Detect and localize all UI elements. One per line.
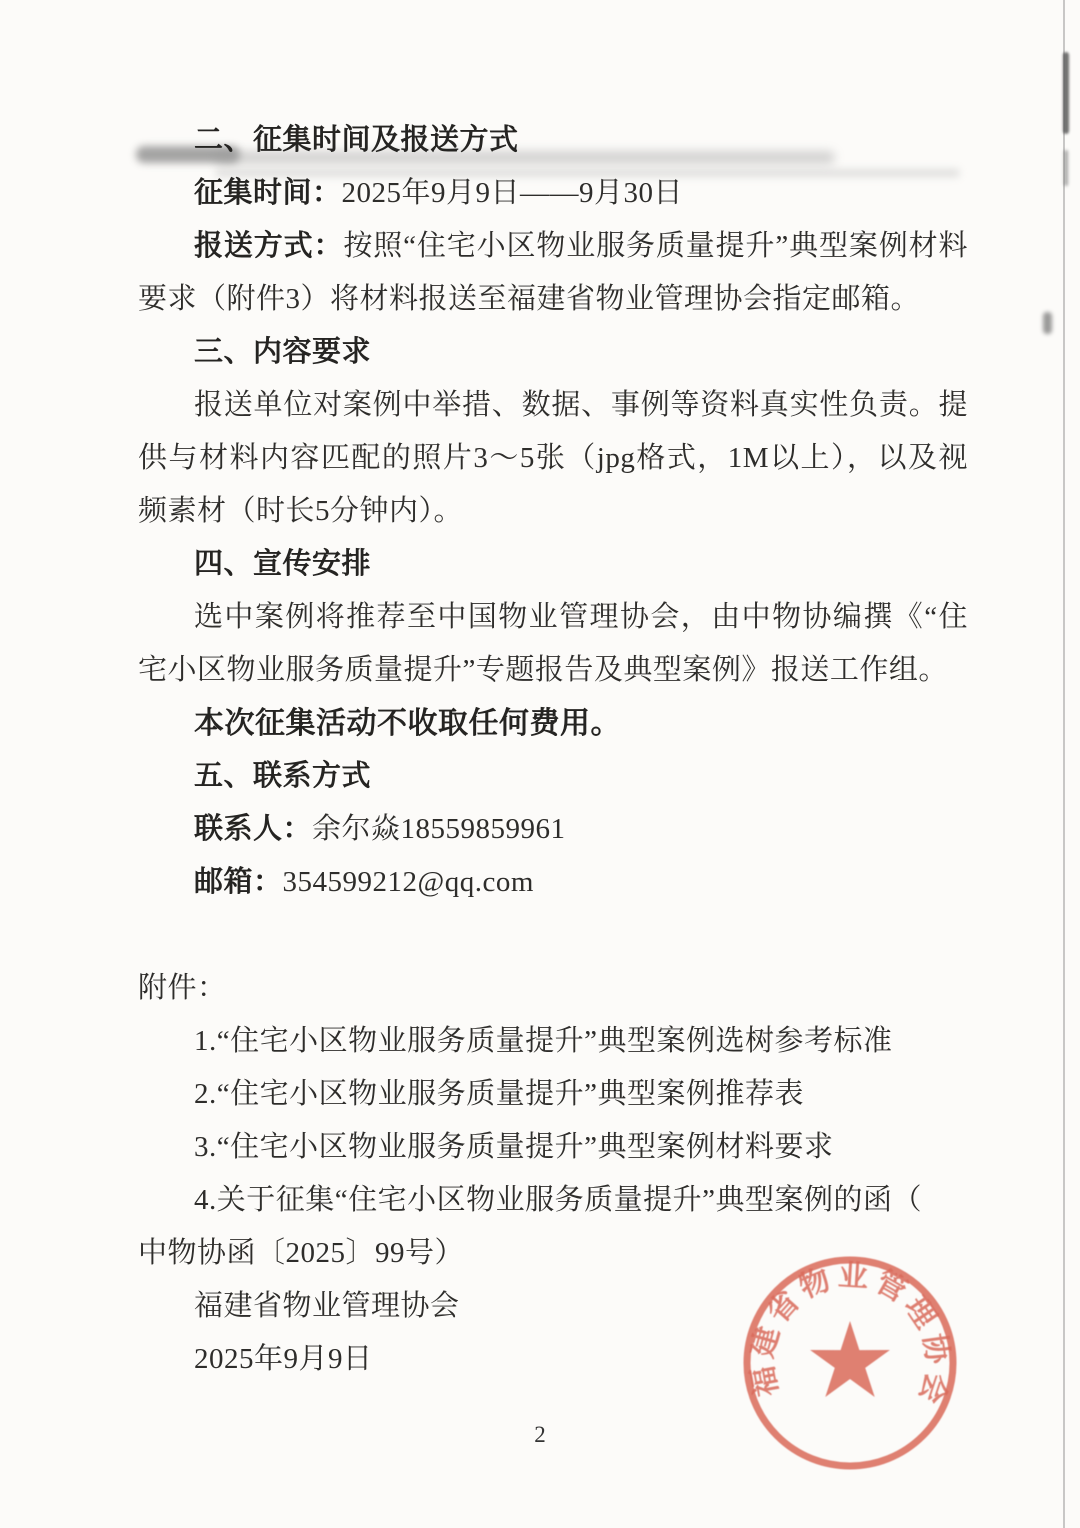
attachments-label: 附件： <box>138 962 968 1015</box>
paragraph-no-fee-notice: 本次征集活动不收取任何费用。 <box>138 697 968 750</box>
paragraph-email: 邮箱：354599212@qq.com <box>138 856 968 909</box>
scan-edge-mark <box>1043 312 1052 334</box>
section-heading-content-requirements: 三、内容要求 <box>138 326 968 379</box>
scan-edge-line <box>1063 0 1065 1528</box>
seal-star-icon <box>810 1321 890 1397</box>
collection-time-value: 2025年9月9日——9月30日 <box>342 177 684 209</box>
collection-time-label: 征集时间： <box>194 177 342 209</box>
email-label: 邮箱： <box>194 866 283 898</box>
attachment-item-2: 2.“住宅小区物业服务质量提升”典型案例推荐表 <box>138 1068 968 1121</box>
scan-edge-mark <box>1063 52 1069 134</box>
paragraph-content-requirements: 报送单位对案例中举措、数据、事例等资料真实性负责。提供与材料内容匹配的照片3～5… <box>138 379 968 538</box>
scan-edge-mark <box>1064 150 1068 186</box>
email-value: 354599212@qq.com <box>283 866 534 898</box>
attachment-item-4: 4.关于征集“住宅小区物业服务质量提升”典型案例的函（ <box>138 1174 968 1227</box>
attachment-item-3: 3.“住宅小区物业服务质量提升”典型案例材料要求 <box>138 1121 968 1174</box>
paragraph-publicity: 选中案例将推荐至中国物业管理协会，由中物协编撰《“住宅小区物业服务质量提升”专题… <box>138 591 968 697</box>
submission-method-label: 报送方式： <box>194 230 343 262</box>
page-number: 2 <box>0 1420 1080 1450</box>
section-heading-contact: 五、联系方式 <box>138 750 968 803</box>
section-heading-publicity: 四、宣传安排 <box>138 538 968 591</box>
paragraph-contact-person: 联系人：余尔焱18559859961 <box>138 803 968 856</box>
contact-person-label: 联系人： <box>194 813 312 845</box>
paragraph-collection-time: 征集时间：2025年9月9日——9月30日 <box>138 167 968 220</box>
section-heading-submission: 二、征集时间及报送方式 <box>138 114 968 167</box>
attachment-item-1: 1.“住宅小区物业服务质量提升”典型案例选树参考标准 <box>138 1015 968 1068</box>
paragraph-submission-method: 报送方式：按照“住宅小区物业服务质量提升”典型案例材料要求（附件3）将材料报送至… <box>138 220 968 326</box>
document-body: 二、征集时间及报送方式 征集时间：2025年9月9日——9月30日 报送方式：按… <box>0 0 1080 1386</box>
scanned-document-page: 二、征集时间及报送方式 征集时间：2025年9月9日——9月30日 报送方式：按… <box>0 0 1080 1528</box>
contact-person-value: 余尔焱18559859961 <box>312 813 566 845</box>
